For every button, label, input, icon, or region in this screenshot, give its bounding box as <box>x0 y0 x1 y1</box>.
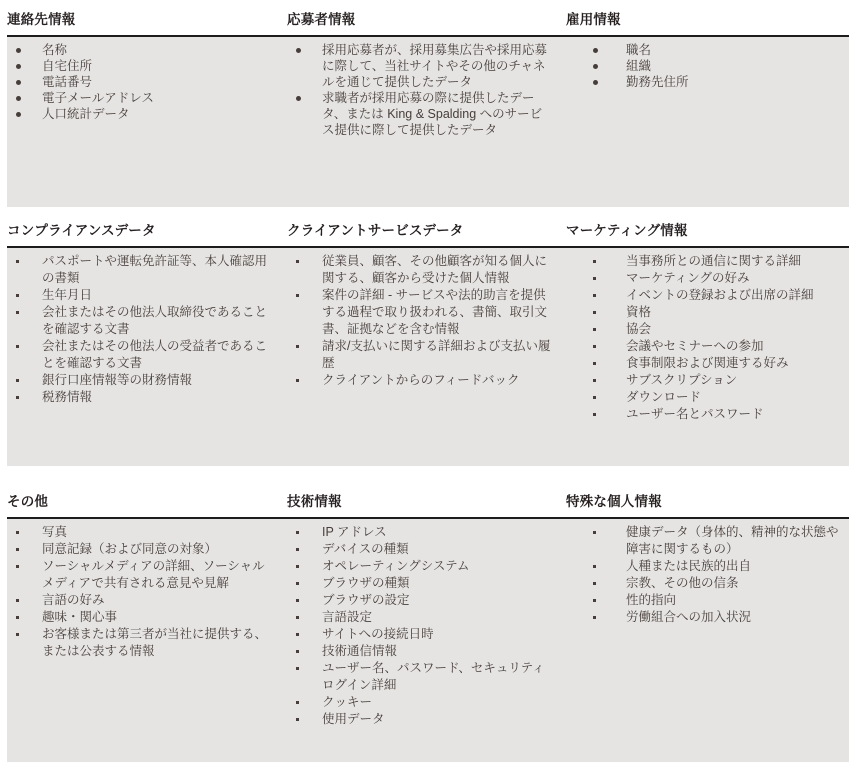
list-item: 職名 <box>566 42 849 58</box>
list-item: 組織 <box>566 58 849 74</box>
list-item: 従業員、顧客、その他顧客が知る個人に関する、顧客から受けた個人情報 <box>287 253 566 287</box>
list-item: イベントの登録および出席の詳細 <box>566 287 849 304</box>
list-item: パスポートや運転免許証等、本人確認用の書類 <box>7 253 287 287</box>
list-item: ユーザー名、パスワード、セキュリティログイン詳細 <box>287 660 566 694</box>
list-item: 会社またはその他法人取締役であることを確認する文書 <box>7 304 287 338</box>
list-item: 宗教、その他の信条 <box>566 575 849 592</box>
list-item: 資格 <box>566 304 849 321</box>
list-item: 言語の好み <box>7 592 287 609</box>
list-item: 採用応募者が、採用募集広告や採用応募に際して、当社サイトやその他のチャネルを通じ… <box>287 42 566 90</box>
list-item: 趣味・関心事 <box>7 609 287 626</box>
section-title-client-service-data: クライアントサービスデータ <box>287 219 566 246</box>
list-item: 電子メールアドレス <box>7 90 287 106</box>
list-item: マーケティングの好み <box>566 270 849 287</box>
list-item: サブスクリプション <box>566 372 849 389</box>
section-title-compliance-data: コンプライアンスデータ <box>7 219 287 246</box>
compliance-data-list: パスポートや運転免許証等、本人確認用の書類生年月日会社またはその他法人取締役であ… <box>7 248 287 466</box>
list-item: 求職者が採用応募の際に提供したデータ、または King & Spalding へ… <box>287 90 566 138</box>
section-row-3-body: 写真同意記録（および同意の対象）ソーシャルメディアの詳細、ソーシャルメディアで共… <box>7 519 849 762</box>
list-item: オペレーティングシステム <box>287 558 566 575</box>
list-item: 言語設定 <box>287 609 566 626</box>
section-title-technical-info: 技術情報 <box>287 490 566 517</box>
data-categories-table: 連絡先情報 応募者情報 雇用情報 名称自宅住所電話番号電子メールアドレス人口統計… <box>7 0 849 762</box>
privacy-data-categories-document: 連絡先情報 応募者情報 雇用情報 名称自宅住所電話番号電子メールアドレス人口統計… <box>0 0 856 762</box>
list-item: 写真 <box>7 524 287 541</box>
list-item: 健康データ（身体的、精神的な状態や障害に関するもの） <box>566 524 849 558</box>
section-title-marketing-info: マーケティング情報 <box>566 219 849 246</box>
section-row-3: その他 技術情報 特殊な個人情報 写真同意記録（および同意の対象）ソーシャルメデ… <box>7 490 849 762</box>
section-title-applicant-info: 応募者情報 <box>287 8 566 35</box>
list-item: 労働組合への加入状況 <box>566 609 849 626</box>
list-item: 協会 <box>566 321 849 338</box>
list-item: お客様または第三者が当社に提供する、または公表する情報 <box>7 626 287 660</box>
technical-info-list: IP アドレスデバイスの種類オペレーティングシステムブラウザの種類ブラウザの設定… <box>287 519 566 762</box>
other-info-list: 写真同意記録（および同意の対象）ソーシャルメディアの詳細、ソーシャルメディアで共… <box>7 519 287 762</box>
list-item: 食事制限および関連する好み <box>566 355 849 372</box>
list-item: ブラウザの設定 <box>287 592 566 609</box>
list-item: ダウンロード <box>566 389 849 406</box>
section-row-1-header: 連絡先情報 応募者情報 雇用情報 <box>7 0 849 37</box>
list-item: 当事務所との通信に関する詳細 <box>566 253 849 270</box>
list-item: 名称 <box>7 42 287 58</box>
special-personal-info-list: 健康データ（身体的、精神的な状態や障害に関するもの）人種または民族的出自宗教、そ… <box>566 519 849 762</box>
list-item: 案件の詳細 - サービスや法的助言を提供する過程で取り扱われる、書簡、取引文書、… <box>287 287 566 338</box>
employment-info-list: 職名組織勤務先住所 <box>566 37 849 207</box>
section-row-1-body: 名称自宅住所電話番号電子メールアドレス人口統計データ 採用応募者が、採用募集広告… <box>7 37 849 207</box>
section-row-2-body: パスポートや運転免許証等、本人確認用の書類生年月日会社またはその他法人取締役であ… <box>7 248 849 466</box>
list-item: クライアントからのフィードバック <box>287 372 566 389</box>
marketing-info-list: 当事務所との通信に関する詳細マーケティングの好みイベントの登録および出席の詳細資… <box>566 248 849 466</box>
list-item: 会社またはその他法人の受益者であることを確認する文書 <box>7 338 287 372</box>
list-item: サイトへの接続日時 <box>287 626 566 643</box>
section-row-2: コンプライアンスデータ クライアントサービスデータ マーケティング情報 パスポー… <box>7 219 849 466</box>
client-service-data-list: 従業員、顧客、その他顧客が知る個人に関する、顧客から受けた個人情報案件の詳細 -… <box>287 248 566 466</box>
list-item: ユーザー名とパスワード <box>566 406 849 423</box>
list-item: 人種または民族的出自 <box>566 558 849 575</box>
contact-info-list: 名称自宅住所電話番号電子メールアドレス人口統計データ <box>7 37 287 207</box>
list-item: クッキー <box>287 694 566 711</box>
list-item: 使用データ <box>287 711 566 728</box>
list-item: 銀行口座情報等の財務情報 <box>7 372 287 389</box>
section-title-other: その他 <box>7 490 287 517</box>
list-item: 性的指向 <box>566 592 849 609</box>
section-row-2-header: コンプライアンスデータ クライアントサービスデータ マーケティング情報 <box>7 219 849 248</box>
list-item: 生年月日 <box>7 287 287 304</box>
list-item: 技術通信情報 <box>287 643 566 660</box>
section-title-special-personal-info: 特殊な個人情報 <box>566 490 849 517</box>
list-item: 請求/支払いに関する詳細および支払い履歴 <box>287 338 566 372</box>
section-title-contact-info: 連絡先情報 <box>7 8 287 35</box>
list-item: デバイスの種類 <box>287 541 566 558</box>
section-title-employment-info: 雇用情報 <box>566 8 849 35</box>
list-item: ソーシャルメディアの詳細、ソーシャルメディアで共有される意見や見解 <box>7 558 287 592</box>
list-item: ブラウザの種類 <box>287 575 566 592</box>
list-item: 会議やセミナーへの参加 <box>566 338 849 355</box>
list-item: 自宅住所 <box>7 58 287 74</box>
list-item: 勤務先住所 <box>566 74 849 90</box>
section-row-3-header: その他 技術情報 特殊な個人情報 <box>7 490 849 519</box>
section-row-1: 連絡先情報 応募者情報 雇用情報 名称自宅住所電話番号電子メールアドレス人口統計… <box>7 0 849 207</box>
list-item: 人口統計データ <box>7 106 287 122</box>
list-item: 電話番号 <box>7 74 287 90</box>
applicant-info-list: 採用応募者が、採用募集広告や採用応募に際して、当社サイトやその他のチャネルを通じ… <box>287 37 566 207</box>
list-item: 税務情報 <box>7 389 287 406</box>
list-item: 同意記録（および同意の対象） <box>7 541 287 558</box>
list-item: IP アドレス <box>287 524 566 541</box>
